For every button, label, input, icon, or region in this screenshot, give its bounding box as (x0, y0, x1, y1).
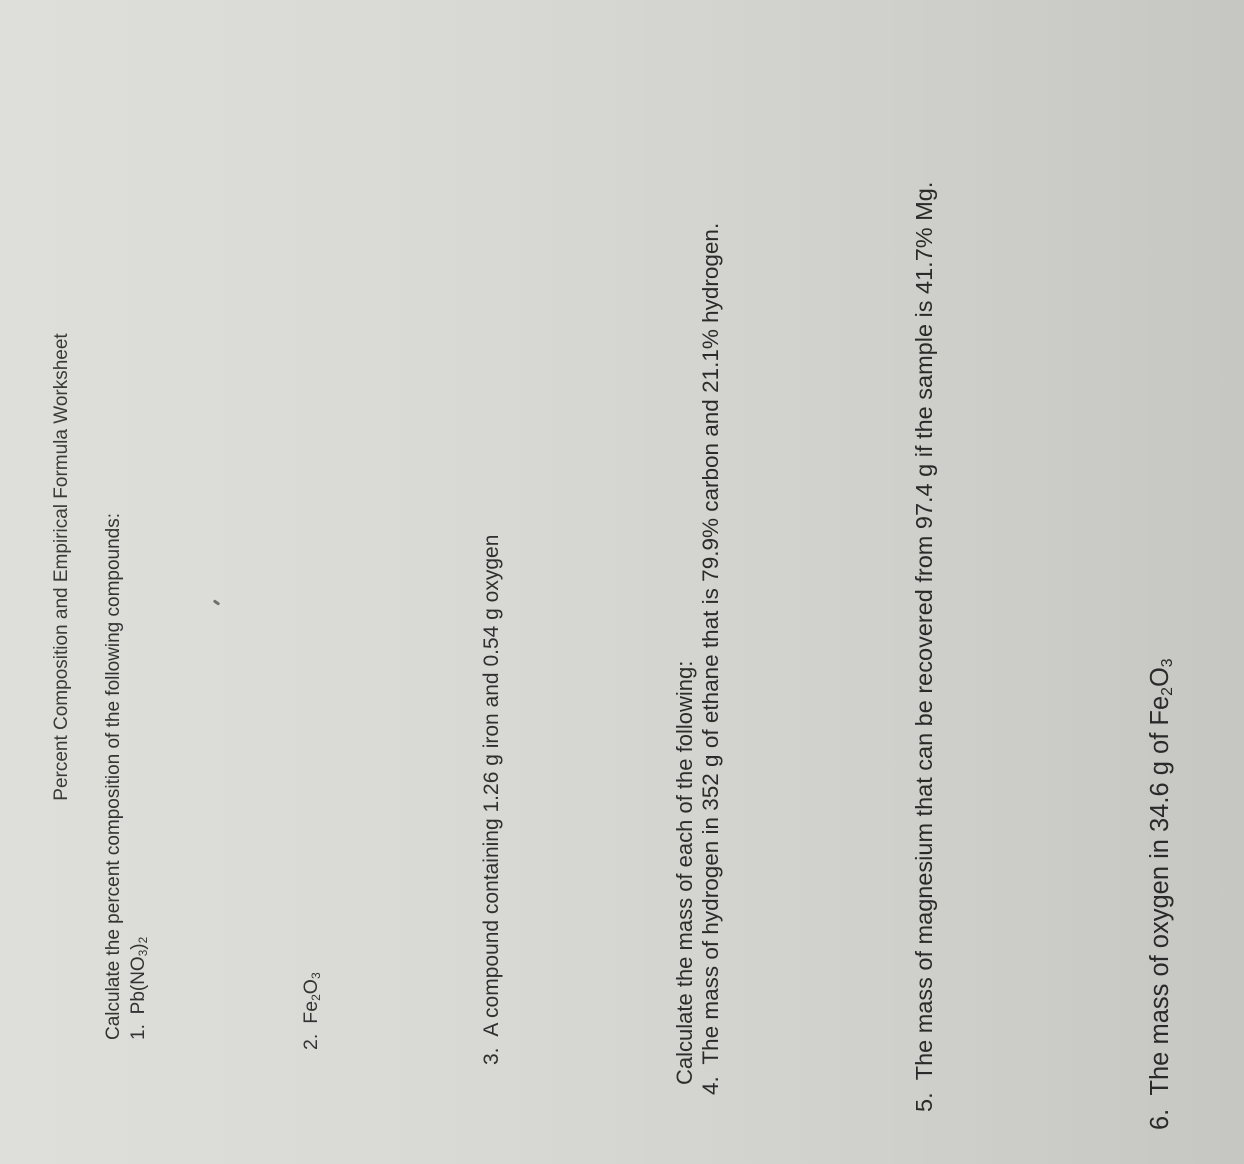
question-number: 3. (481, 1037, 502, 1065)
section1-instruction: Calculate the percent composition of the… (104, 513, 123, 1040)
question-5: 5.The mass of magnesium that can be reco… (913, 182, 937, 1112)
question-number: 4. (700, 1065, 723, 1095)
pencil-mark (213, 599, 220, 605)
question-number: 5. (913, 1080, 937, 1112)
question-2: 2.Fe2O3 (302, 972, 322, 1050)
question-1: 1.Pb(NO3)2 (129, 937, 148, 1040)
question-number: 2. (302, 1024, 322, 1050)
question-6: 6.The mass of oxygen in 34.6 g of Fe2O3 (1148, 658, 1174, 1130)
formula-fe2o3: Fe2O3 (1146, 658, 1174, 725)
formula-fe2o3: Fe2O3 (300, 972, 322, 1023)
question-3: 3.A compound containing 1.26 g iron and … (481, 535, 502, 1065)
question-text: A compound containing 1.26 g iron and 0.… (480, 535, 503, 1037)
section2-instruction: Calculate the mass of each of the follow… (674, 661, 696, 1085)
formula-pb-no3-2: Pb(NO3)2 (128, 937, 149, 1015)
question-4: 4.The mass of hydrogen in 352 g of ethan… (700, 223, 723, 1095)
worksheet-page: Percent Composition and Empirical Formul… (0, 0, 1244, 1164)
photo-viewport: Percent Composition and Empirical Formul… (0, 0, 1244, 1164)
question-text: The mass of oxygen in 34.6 g of (1146, 726, 1174, 1096)
question-number: 1. (129, 1014, 148, 1040)
question-text: The mass of magnesium that can be recove… (911, 182, 937, 1081)
worksheet-title: Percent Composition and Empirical Formul… (52, 0, 71, 1164)
question-number: 6. (1148, 1096, 1174, 1130)
question-text: The mass of hydrogen in 352 g of ethane … (698, 223, 723, 1065)
